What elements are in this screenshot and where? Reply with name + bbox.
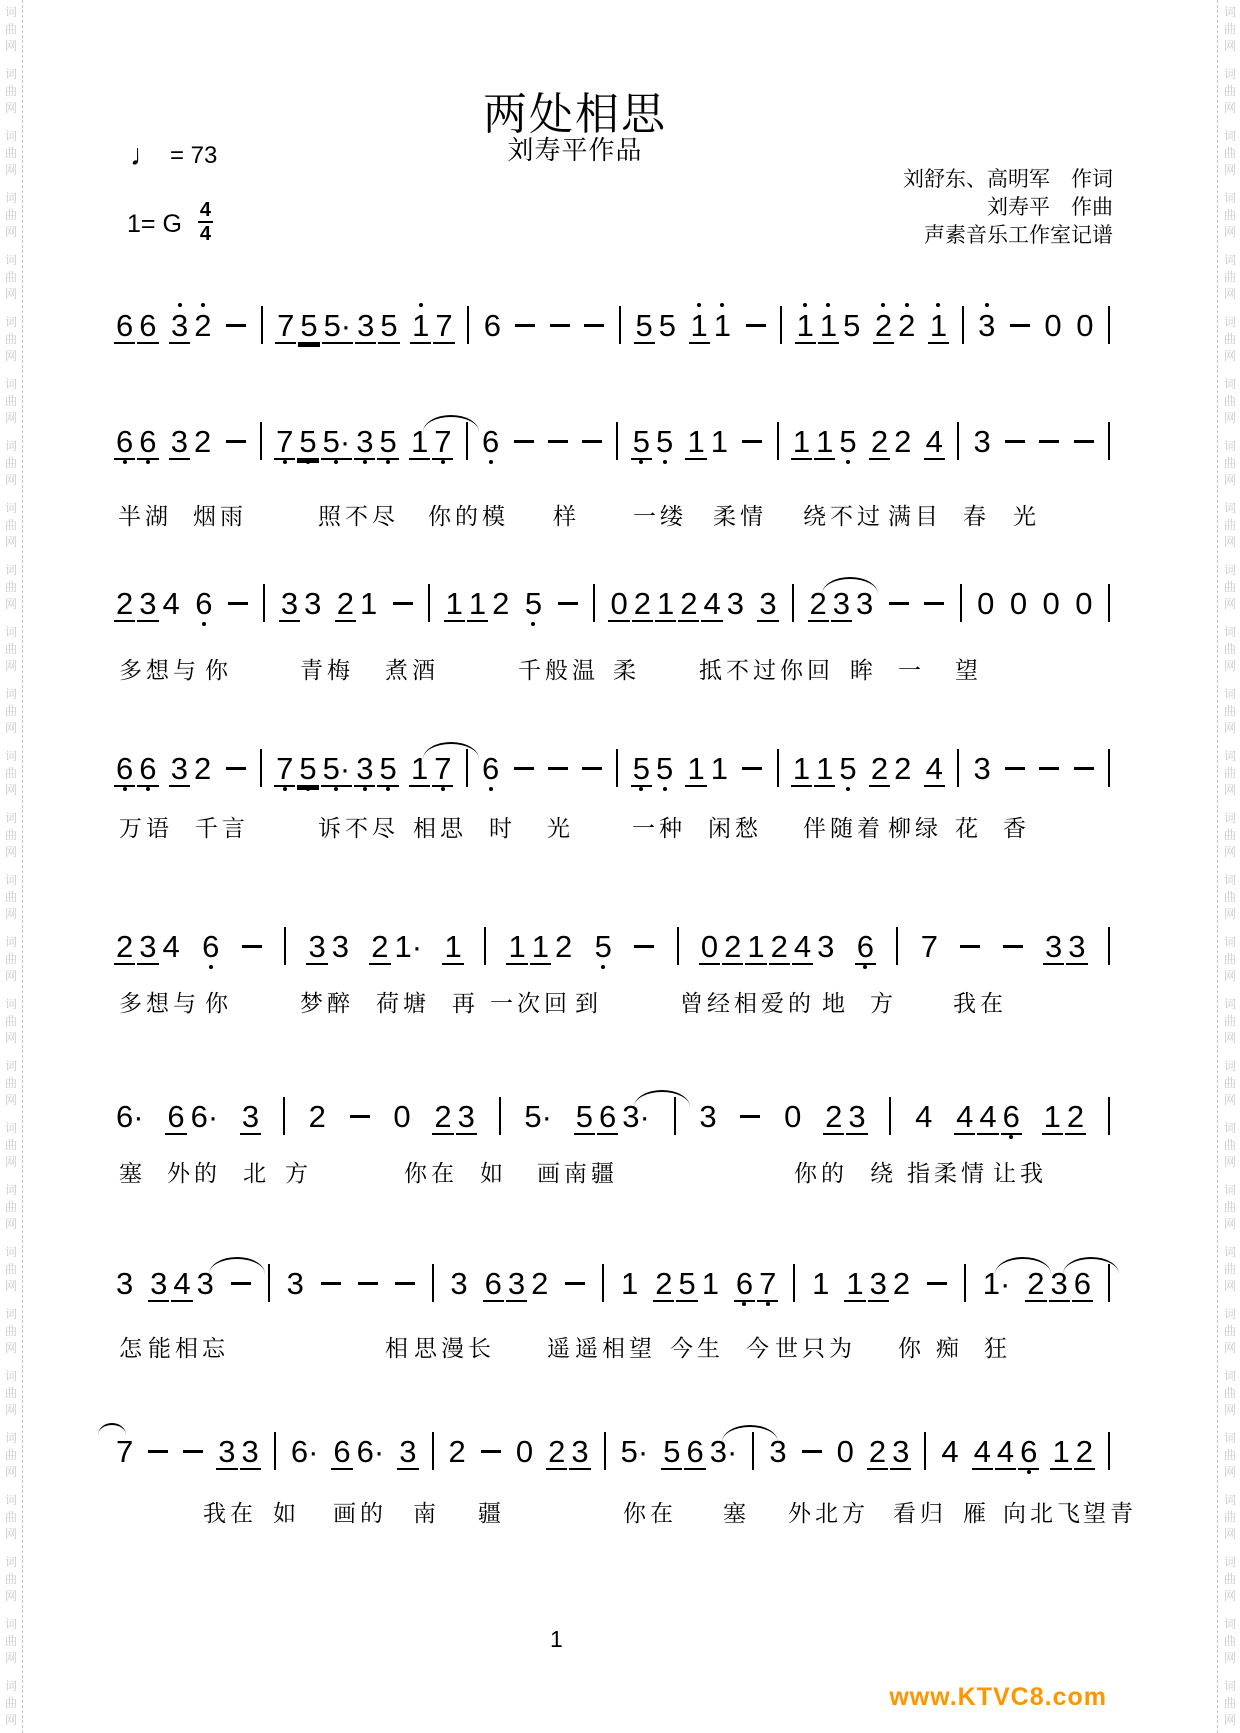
measure-cell: 021243	[607, 579, 747, 628]
measure-cell: 11	[688, 301, 735, 350]
measure-cell	[743, 301, 769, 350]
duration-dash	[548, 301, 572, 350]
barline-cell	[271, 1427, 279, 1476]
measure-cell	[739, 744, 765, 793]
octave-dot-below	[1027, 1470, 1031, 1474]
measure-cell: 21·	[368, 922, 425, 971]
duration-dash	[1003, 417, 1027, 466]
duration-dash	[348, 1092, 372, 1141]
octave-dot-below	[846, 460, 850, 464]
rest-note: 0	[1074, 301, 1095, 350]
barline	[894, 922, 900, 971]
note: 1	[709, 417, 730, 466]
duration-dash	[563, 1259, 587, 1308]
barline	[962, 1259, 968, 1308]
octave-dot-below	[639, 460, 643, 464]
measure-cell: 67	[733, 1259, 780, 1308]
note: 3	[148, 1259, 169, 1308]
duration-dash	[226, 579, 250, 628]
octave-dot-above	[881, 303, 885, 307]
note: 4	[161, 922, 182, 971]
barline-cell	[463, 417, 471, 466]
measure-cell: 755·35	[274, 301, 401, 350]
measure-cell	[318, 1259, 344, 1308]
measure-cell	[555, 579, 581, 628]
lyric-syllable: 如	[273, 1495, 300, 1528]
barline-cell	[1105, 922, 1113, 971]
note: 1·	[981, 1259, 1013, 1308]
measure-cell: 0	[390, 1092, 413, 1141]
note: 3	[354, 744, 375, 793]
octave-dot-above	[826, 303, 830, 307]
note: 5·	[321, 417, 353, 466]
barline-cell	[1105, 579, 1113, 628]
rest-note: 0	[1041, 579, 1062, 628]
octave-dot-below	[766, 1302, 770, 1306]
barline-cell	[789, 579, 797, 628]
measure-cell: 6	[479, 417, 502, 466]
duration-dash	[512, 417, 536, 466]
octave-dot-below	[363, 460, 367, 464]
note: 1	[685, 417, 706, 466]
duration-dash	[1001, 922, 1025, 971]
barline	[497, 1092, 503, 1141]
barline-cell	[599, 1259, 607, 1308]
note: 2	[369, 922, 390, 971]
measure-cell: 2	[306, 1092, 329, 1141]
note: 6	[1072, 1259, 1093, 1308]
note: 5	[654, 417, 675, 466]
measure-cell: 3	[447, 1259, 470, 1308]
music-line: 33433363212516711321·236	[113, 1259, 1113, 1308]
duration-dash	[740, 417, 764, 466]
measure-cell: 1·	[980, 1259, 1014, 1308]
measure-cell	[512, 301, 538, 350]
measure-cell: 236	[1024, 1259, 1094, 1308]
duration-dash	[512, 744, 536, 793]
measure-cell: 563·	[573, 1092, 653, 1141]
measure-cell: 32	[168, 744, 215, 793]
octave-dot-above	[419, 303, 423, 307]
barline-cell	[258, 301, 266, 350]
note: 4	[171, 1259, 192, 1308]
note: 5	[837, 744, 858, 793]
duration-dash	[1003, 744, 1027, 793]
measure-cell: 5	[592, 922, 615, 971]
octave-dot-below	[123, 787, 127, 791]
measure-cell: 17	[408, 744, 455, 793]
note: 2	[546, 1427, 567, 1476]
note: 1	[409, 744, 430, 793]
note: 5	[593, 922, 614, 971]
barline-cell	[671, 1092, 679, 1141]
barline-cell	[265, 1259, 273, 1308]
measure-cell	[545, 417, 571, 466]
barline	[958, 579, 964, 628]
note: 6·	[289, 1427, 321, 1476]
note: 2	[892, 417, 913, 466]
note: 1	[444, 579, 465, 628]
note: 3	[815, 922, 836, 971]
note: 5	[654, 744, 675, 793]
octave-dot-below	[283, 460, 287, 464]
lyric-syllable: 疆	[478, 1495, 505, 1528]
lyric-syllable: 你	[205, 985, 232, 1018]
note: 4	[924, 744, 945, 793]
measure-cell	[228, 1259, 254, 1308]
duration-dash	[479, 1427, 503, 1476]
octave-dot-below	[306, 787, 310, 791]
note: 6	[200, 922, 221, 971]
note: 7	[274, 744, 295, 793]
note: 1	[506, 922, 527, 971]
note: 3	[569, 1427, 590, 1476]
note: 3·	[708, 1427, 740, 1476]
note: 5	[377, 417, 398, 466]
lyric-line: 万语千言诉不尽相思时光一种闲愁伴随着柳绿花香	[113, 810, 1113, 842]
lyric-syllable: 闲愁	[708, 810, 762, 843]
note: 3	[1066, 922, 1087, 971]
duration-dash	[319, 1259, 343, 1308]
measure-cell: 343	[147, 1259, 217, 1308]
lyric-syllable: 半湖	[118, 498, 172, 531]
lyric-syllable: 花	[955, 810, 982, 843]
measure-cell	[239, 922, 265, 971]
duration-dash	[224, 301, 248, 350]
duration-dash	[740, 744, 764, 793]
octave-dot-below	[202, 622, 206, 626]
duration-dash	[146, 1427, 170, 1476]
duration-dash	[1072, 744, 1096, 793]
lyric-line: 多想与你青梅煮酒千般温柔抵不过你回眸一望	[113, 652, 1113, 684]
measure-cell: 17	[408, 417, 455, 466]
note: 6	[331, 1427, 352, 1476]
measure-cell: 23	[545, 1427, 592, 1476]
note: 2	[808, 579, 829, 628]
lyric-syllable: 相思	[413, 810, 467, 843]
barline-cell	[496, 1092, 504, 1141]
octave-dot-below	[283, 787, 287, 791]
note: 3	[971, 744, 992, 793]
lyric-syllable: 香	[1003, 810, 1030, 843]
lyric-line: 半湖烟雨照不尽你的模样一缕柔情绕不过满目春光	[113, 498, 1113, 530]
note: 3	[890, 1427, 911, 1476]
lyric-syllable: 我在	[953, 985, 1007, 1018]
note: 3·	[620, 1092, 652, 1141]
duration-dash	[738, 1092, 762, 1141]
note: 5	[657, 301, 678, 350]
note: 4	[995, 1427, 1016, 1476]
note: 2	[678, 579, 699, 628]
barline-cell	[961, 1259, 969, 1308]
note: 1	[818, 301, 839, 350]
octave-dot-above	[697, 303, 701, 307]
note: 1	[810, 1259, 831, 1308]
note: 1	[409, 417, 430, 466]
lyric-syllable: 狂	[984, 1330, 1011, 1363]
note: 7	[757, 1259, 778, 1308]
duration-dash	[1037, 744, 1061, 793]
lyric-syllable: 思漫长	[414, 1330, 495, 1363]
note: 1	[467, 579, 488, 628]
note: 2	[873, 301, 894, 350]
barline	[775, 744, 781, 793]
barline	[591, 579, 597, 628]
lyric-syllable: 外的	[167, 1155, 221, 1188]
note: 2	[1025, 1259, 1046, 1308]
barline	[614, 417, 620, 466]
measure-cell: 0	[513, 1427, 536, 1476]
measure-cell	[957, 922, 983, 971]
lyric-syllable: 青梅	[300, 652, 354, 685]
measure-cell: 0	[1041, 301, 1064, 350]
note: 3	[831, 579, 852, 628]
lyric-syllable: 怎	[119, 1330, 146, 1363]
lyric-syllable: 时	[489, 810, 516, 843]
lyric-syllable: 梦醉	[300, 985, 354, 1018]
lyric-syllable: 抵不过你回	[699, 652, 834, 685]
measure-cell	[886, 579, 912, 628]
note: 1	[410, 301, 431, 350]
note: 3	[1043, 922, 1064, 971]
duration-dash	[744, 301, 768, 350]
note: 2	[114, 922, 135, 971]
note: 4	[939, 1427, 960, 1476]
barline	[614, 744, 620, 793]
note: 3	[137, 922, 158, 971]
note: 6	[684, 1427, 705, 1476]
barline-cell	[790, 1259, 798, 1308]
measure-cell: 55	[633, 301, 680, 350]
barline	[426, 579, 432, 628]
note: 3	[330, 922, 351, 971]
octave-dot-below	[489, 460, 493, 464]
lyric-syllable: 一	[898, 652, 925, 685]
measure-cell	[145, 1427, 171, 1476]
lyric-syllable: 向北飞	[1003, 1495, 1084, 1528]
measure-cell	[180, 1427, 206, 1476]
note: 1·	[393, 922, 425, 971]
note: 5	[634, 301, 655, 350]
note: 2	[891, 1259, 912, 1308]
lyric-syllable: 你	[205, 652, 232, 685]
measure-cell: 5·	[521, 1092, 555, 1141]
measure-cell: 11	[684, 744, 731, 793]
note: 3	[767, 1427, 788, 1476]
barline	[465, 301, 471, 350]
barline-cell	[613, 744, 621, 793]
lyric-syllable: 我在	[203, 1495, 257, 1528]
barline-cell	[674, 922, 682, 971]
barline	[281, 1092, 287, 1141]
note: 6	[137, 301, 158, 350]
music-line: 6632755·3517655111152243	[113, 417, 1113, 466]
barline	[1106, 417, 1112, 466]
barline	[266, 1259, 272, 1308]
barline	[259, 301, 265, 350]
note: 5	[631, 417, 652, 466]
note: 3	[302, 579, 323, 628]
lyric-syllable: 你	[898, 1330, 925, 1363]
measure-cell: 2	[446, 1427, 469, 1476]
note: 3	[216, 1427, 237, 1476]
note: 3	[354, 417, 375, 466]
measure-cell: 4	[923, 417, 946, 466]
lyric-line: 多想与你梦醉荷塘再一次回到曾经相爱的地方我在	[113, 985, 1113, 1017]
octave-dot-below	[334, 460, 338, 464]
lyric-syllable: 万语	[119, 810, 173, 843]
barline	[430, 1259, 436, 1308]
barline	[887, 1092, 893, 1141]
note: 6	[480, 744, 501, 793]
lyric-syllable: 北	[243, 1155, 270, 1188]
barline-cell	[1105, 1092, 1113, 1141]
music-line: 23463321112502124332330000	[113, 579, 1113, 628]
barline	[1106, 301, 1112, 350]
measure-cell	[1036, 744, 1062, 793]
note: 6·	[189, 1092, 221, 1141]
measure-cell: 0	[974, 579, 997, 628]
score: 6632755·3517655111152213006632755·351765…	[0, 0, 1240, 1733]
measure-cell	[799, 1427, 825, 1476]
duration-dash	[546, 744, 570, 793]
note: 7	[274, 417, 295, 466]
duration-dash	[580, 417, 604, 466]
note: 2	[869, 744, 890, 793]
measure-cell: 4	[912, 1092, 935, 1141]
lyric-line: 怎能相忘相思漫长遥遥相望今生今世只为你痴狂	[113, 1330, 1113, 1362]
note: 5	[377, 744, 398, 793]
measure-cell: 6·	[288, 1427, 322, 1476]
measure-cell: 446	[971, 1427, 1041, 1476]
lyric-syllable: 绕	[870, 1155, 897, 1188]
measure-cell	[631, 922, 657, 971]
barline	[791, 1259, 797, 1308]
website-link[interactable]: www.KTVC8.com	[889, 1683, 1107, 1712]
barline	[955, 417, 961, 466]
duration-dash	[224, 744, 248, 793]
measure-cell: 0	[1007, 579, 1030, 628]
note: 5	[841, 301, 862, 350]
barline-cell	[1105, 417, 1113, 466]
measure-cell	[223, 744, 249, 793]
octave-dot-below	[863, 965, 867, 969]
note: 5	[298, 301, 319, 350]
note: 4	[924, 417, 945, 466]
lyric-syllable: 满目	[888, 498, 942, 531]
note: 5·	[322, 301, 354, 350]
measure-cell: 22	[868, 744, 915, 793]
measure-cell: 021243	[698, 922, 838, 971]
note: 2	[529, 1259, 550, 1308]
lyric-syllable: 画南疆	[537, 1155, 618, 1188]
measure-cell: 115	[790, 744, 860, 793]
duration-dash	[229, 1259, 253, 1308]
duration-dash	[925, 1259, 949, 1308]
lyric-syllable: 你的	[794, 1155, 848, 1188]
note: 2	[335, 579, 356, 628]
measure-cell	[223, 417, 249, 466]
barline-cell	[774, 417, 782, 466]
music-line: 6632755·351765511115221300	[113, 301, 1113, 350]
measure-cell: 112	[505, 922, 575, 971]
octave-dot-below	[1009, 1135, 1013, 1139]
measure-cell	[1071, 744, 1097, 793]
lyric-syllable: 画的	[333, 1495, 387, 1528]
note: 3	[397, 1427, 418, 1476]
duration-dash	[546, 417, 570, 466]
lyric-syllable: 春	[963, 498, 990, 531]
note: 5	[676, 1259, 697, 1308]
measure-cell: 23	[822, 1092, 869, 1141]
lyric-syllable: 今	[746, 1330, 773, 1363]
duration-dash	[556, 579, 580, 628]
note: 1	[712, 301, 733, 350]
lyric-syllable: 望青	[1083, 1495, 1137, 1528]
note: 2	[307, 1092, 328, 1141]
note: 5·	[522, 1092, 554, 1141]
lyric-line: 塞外的北方你在如画南疆你的绕指柔情让我	[113, 1155, 1113, 1187]
measure-cell: 66·	[330, 1427, 387, 1476]
note: 2	[1065, 1092, 1086, 1141]
measure-cell: 12	[1041, 1092, 1088, 1141]
note: 6	[480, 417, 501, 466]
note: 1	[442, 922, 463, 971]
measure-cell	[579, 744, 605, 793]
note: 1	[685, 744, 706, 793]
measure-cell	[392, 1259, 418, 1308]
measure-cell: 1	[927, 301, 950, 350]
octave-dot-below	[489, 787, 493, 791]
barline	[602, 1427, 608, 1476]
octave-dot-below	[441, 460, 445, 464]
note: 7	[919, 922, 940, 971]
measure-cell: 33	[305, 922, 352, 971]
lyric-syllable: 煮酒	[385, 652, 439, 685]
measure-cell	[223, 301, 249, 350]
measure-cell	[511, 744, 537, 793]
lyric-syllable: 光	[1013, 498, 1040, 531]
note: 1	[928, 301, 949, 350]
note: 4	[792, 922, 813, 971]
note: 6	[597, 1092, 618, 1141]
measure-cell	[1007, 301, 1033, 350]
octave-dot-below	[663, 460, 667, 464]
lyric-syllable: 让我	[993, 1155, 1047, 1188]
lyric-syllable: 一次回	[490, 985, 571, 1018]
measure-cell: 66·	[164, 1092, 221, 1141]
barline	[675, 922, 681, 971]
measure-cell: 1	[618, 1259, 641, 1308]
rest-note: 0	[514, 1427, 535, 1476]
note: 3	[195, 1259, 216, 1308]
octave-dot-below	[146, 460, 150, 464]
note: 3	[976, 301, 997, 350]
note: 3	[355, 301, 376, 350]
note: 2	[490, 579, 511, 628]
note: 6	[1001, 1092, 1022, 1141]
barline-cell	[429, 1427, 437, 1476]
measure-cell	[1000, 922, 1026, 971]
note: 2	[769, 922, 790, 971]
note: 7	[433, 301, 454, 350]
note: 6	[855, 922, 876, 971]
measure-cell	[478, 1427, 504, 1476]
note: 1	[700, 1259, 721, 1308]
measure-cell	[547, 301, 573, 350]
note: 2	[653, 1259, 674, 1308]
note: 6	[483, 1259, 504, 1308]
